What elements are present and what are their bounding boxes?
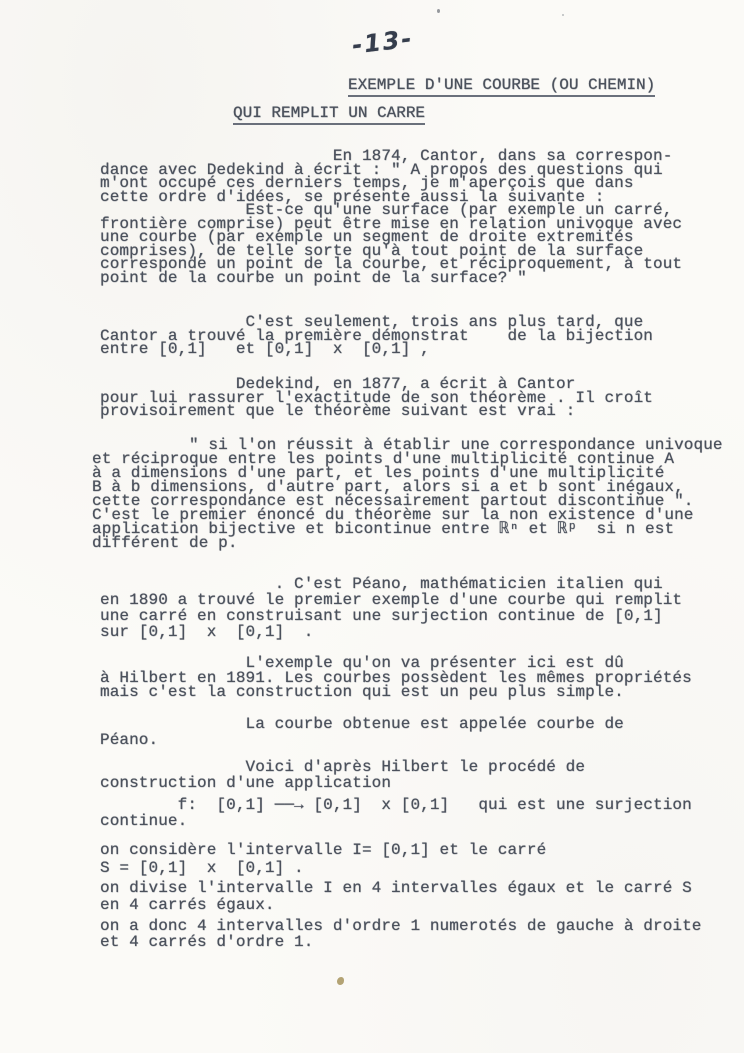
paragraph-numerotation-ordre-1: on a donc 4 intervalles d'ordre 1 numero… — [100, 918, 702, 950]
paragraph-procede-hilbert: Voici d'après Hilbert le procédé de cons… — [100, 760, 585, 791]
paragraph-cantor-correspondence: En 1874, Cantor, dans sa correspon- danc… — [100, 150, 682, 285]
paragraph-courbe-de-peano: La courbe obtenue est appelée courbe de … — [100, 716, 624, 748]
paragraph-dedekind-1877: Dedekind, en 1877, a écrit à Cantor pour… — [100, 378, 653, 419]
handwritten-page-number: -13- — [351, 24, 415, 59]
paragraph-surjection-formula: f: [0,1] ──→ [0,1] x [0,1] qui est une s… — [100, 798, 692, 829]
paragraph-first-bijection: C'est seulement, trois ans plus tard, qu… — [100, 316, 653, 357]
scanned-document-page: { "colors": { "ink": "#4b515c", "pen": "… — [0, 0, 744, 1053]
scan-speck — [337, 977, 344, 985]
paragraph-peano-1890: . C'est Péano, mathématicien italien qui… — [100, 576, 682, 640]
paragraph-hilbert-1891: L'exemple qu'on va présenter ici est dû … — [100, 656, 692, 700]
scan-speck — [562, 14, 564, 16]
document-title-line1: EXEMPLE D'UNE COURBE (OU CHEMIN) — [348, 76, 655, 97]
scan-speck — [437, 9, 440, 13]
paragraph-intervalle-carre: on considère l'intervalle I= [0,1] et le… — [100, 842, 546, 877]
paper-background: -13- EXEMPLE D'UNE COURBE (OU CHEMIN) QU… — [0, 0, 744, 1053]
paragraph-division-en-4: on divise l'intervalle I en 4 intervalle… — [100, 880, 692, 913]
document-title-line2: QUI REMPLIT UN CARRE — [233, 104, 425, 125]
paragraph-theorem-quote: " si l'on réussit à établir une correspo… — [92, 438, 723, 550]
